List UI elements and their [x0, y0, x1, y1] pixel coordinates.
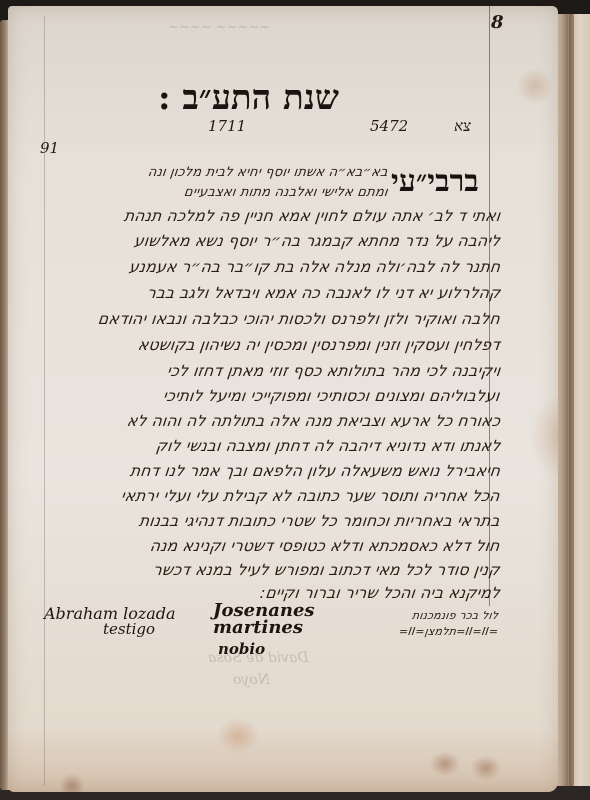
- body-line: לאנתו ודא נדוניא דיהבה לה דחתן ומצבה ובנ…: [155, 439, 502, 455]
- left-margin-rule: [44, 16, 45, 786]
- signature-role: testigo: [103, 620, 155, 638]
- body-line: כאורח כל ארעא וצביאת מנה אלה בתולתה לה ו…: [126, 414, 501, 430]
- body-line: ומתם אלישי ואלבנה מתות ואצבעיים: [183, 186, 389, 199]
- signature-name: Josenanes martines: [213, 602, 333, 636]
- body-line: בתראי באחריות וכחומר כל שטרי כתובות דנהי…: [138, 514, 501, 530]
- bleed-through-top: ~~~~ ~~~~~: [168, 20, 270, 35]
- body-line: דפלחין ועסקין וזנין ומפרנסין ומכסין יה נ…: [137, 338, 501, 354]
- body-line: חיאבירל נואש משעאלה עלון הלפאם ובך אמר ל…: [129, 464, 501, 480]
- body-line: חלבה ואוקיר ולזן ולפרנס ולכסות יהוכי כבל…: [97, 312, 501, 328]
- body-line: ועלבוליהם ומצונים וכסותיכי ומפוקייכי ומי…: [162, 389, 501, 405]
- hebrew-witness-flourish: =II=II=תלמצן=II=: [398, 626, 499, 637]
- year-gregorian: 1711: [208, 117, 246, 135]
- body-line: חול דלא כאסמכתא ודלא כטופסי דשטרי וקנינא…: [149, 539, 501, 555]
- book-page-stack: [555, 14, 590, 786]
- folio-number: 8: [491, 12, 504, 33]
- page-title: שנת התע״ב :: [158, 78, 339, 118]
- body-line: קנין סודר לכל מאי דכתוב ומפורש לעיל במנא…: [152, 563, 501, 579]
- body-line: ויקיבנה לכי מהר בתולותא כסף זוזי מאתן דח…: [165, 364, 501, 380]
- signature-role: nobio: [218, 640, 265, 658]
- body-line: קהלרלוע יא דני לו לאנבה כה אמא ויבדאל ול…: [146, 286, 502, 302]
- body-line: חתנר לה לבה׳ולה מנלה אלה בת קו״בר בה״ר א…: [128, 260, 501, 276]
- margin-number: 91: [40, 139, 59, 157]
- manuscript-page: ~~~~ ~~~~~ David de Sosa Noyo 8 שנת התע״…: [8, 6, 558, 792]
- bleed-through-place: Noyo: [233, 672, 270, 688]
- entry-number: צא: [454, 117, 471, 136]
- page-stack-groove: [569, 14, 574, 786]
- year-hebrew: 5472: [370, 117, 408, 135]
- body-line: ליהבה על נדר מחתא קבמגר בה״ר יוסף נשא מא…: [133, 234, 501, 250]
- body-line: ואתי ד לב׳ אתה עולם לחוין אמא חניין פה ל…: [123, 209, 501, 225]
- hebrew-witness-line: לול בכר פונמכנות: [411, 610, 499, 621]
- body-line: בא״בא״ה אשתו יוסף יחיא לבית מלכון ונה: [147, 166, 389, 179]
- body-line: הכל אחריה ותוסר שער כתובה לא קבילת עלי ו…: [120, 489, 501, 505]
- entry-heading: ברבי״עי: [391, 164, 479, 199]
